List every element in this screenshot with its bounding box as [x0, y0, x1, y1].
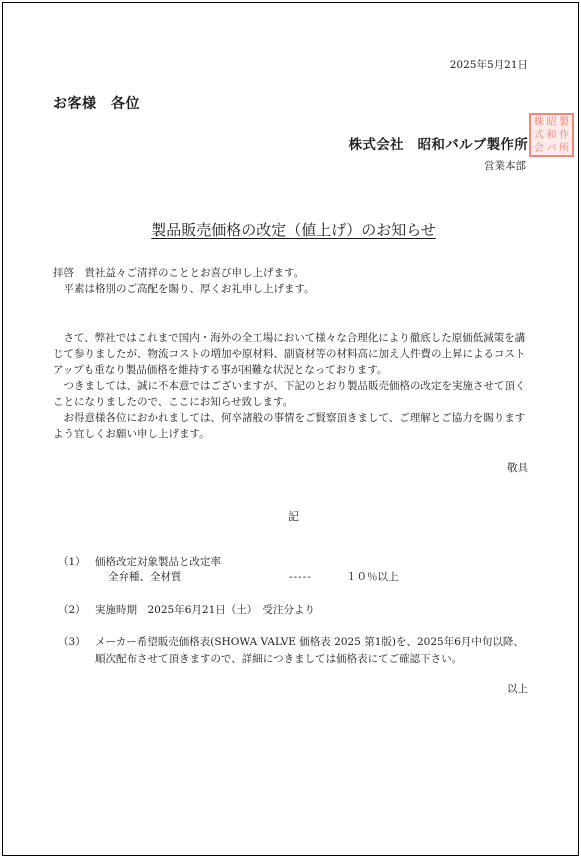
closing-ijou: 以上 — [507, 681, 528, 696]
document-title-text: 製品販売価格の改定（値上げ）のお知らせ — [151, 221, 436, 239]
company-seal-icon: 株 昭 製 式 和 作 会 バ 所 — [529, 113, 574, 157]
sender-company: 株式会社 昭和バルブ製作所 — [349, 133, 528, 153]
greeting-line-2: 平素は格別のご高配を賜り、厚くお礼申し上げます。 — [53, 281, 535, 297]
addressee: お客様 各位 — [53, 93, 140, 113]
item-2-text: 実施時期 2025年6月21日（土） 受注分より — [95, 602, 315, 617]
seal-char: 株 — [533, 117, 545, 129]
body-text: さて、弊社ではこれまで国内・海外の全工場において様々な合理化により徹底した原価低… — [53, 330, 535, 442]
sender-department: 営業本部 — [484, 158, 526, 173]
seal-char: 製 — [558, 117, 570, 129]
item-3-text-2: 順次配布させて頂きますので、詳細につきましては価格表にてご確認下さい。 — [95, 651, 462, 666]
item-1-detail-label: 全弁種、全材質 — [108, 570, 182, 584]
greeting: 拝啓 貴社益々ご清祥のこととお喜び申し上げます。 平素は格別のご高配を賜り、厚く… — [53, 265, 535, 297]
seal-char: 和 — [546, 130, 558, 142]
item-3-text: メーカー希望販売価格表(SHOWA VALVE 価格表 2025 第1版)を、2… — [95, 634, 524, 649]
item-1-detail-dash: ----- — [289, 570, 312, 584]
body-paragraph-1: さて、弊社ではこれまで国内・海外の全工場において様々な合理化により徹底した原価低… — [53, 330, 535, 378]
ki-heading: 記 — [3, 508, 581, 524]
greeting-line-1: 拝啓 貴社益々ご清祥のこととお喜び申し上げます。 — [53, 265, 535, 281]
seal-char: バ — [546, 143, 558, 155]
item-3-number: （3） — [58, 634, 86, 649]
item-2-number: （2） — [58, 602, 86, 617]
body-paragraph-2: つきましては、誠に不本意ではございますが、下記のとおり製品販売価格の改定を実施さ… — [53, 378, 535, 410]
item-1-detail-rate: １０％以上 — [346, 570, 399, 584]
closing-keigu: 敬具 — [507, 460, 528, 475]
seal-char: 作 — [558, 130, 570, 142]
seal-char: 昭 — [546, 117, 558, 129]
item-1-text: 価格改定対象製品と改定率 — [95, 554, 221, 569]
seal-char: 式 — [533, 130, 545, 142]
body-paragraph-3: お得意様各位におかれましては、何卒諸般の事情をご賢察頂きまして、ご理解とご協力を… — [53, 410, 535, 442]
document-date: 2025年5月21日 — [450, 57, 528, 72]
seal-char: 会 — [533, 143, 545, 155]
document-page: 2025年5月21日 お客様 各位 株式会社 昭和バルブ製作所 営業本部 株 昭… — [2, 2, 579, 856]
document-title: 製品販売価格の改定（値上げ）のお知らせ — [3, 219, 581, 240]
item-1-number: （1） — [58, 554, 86, 569]
seal-char: 所 — [558, 143, 570, 155]
